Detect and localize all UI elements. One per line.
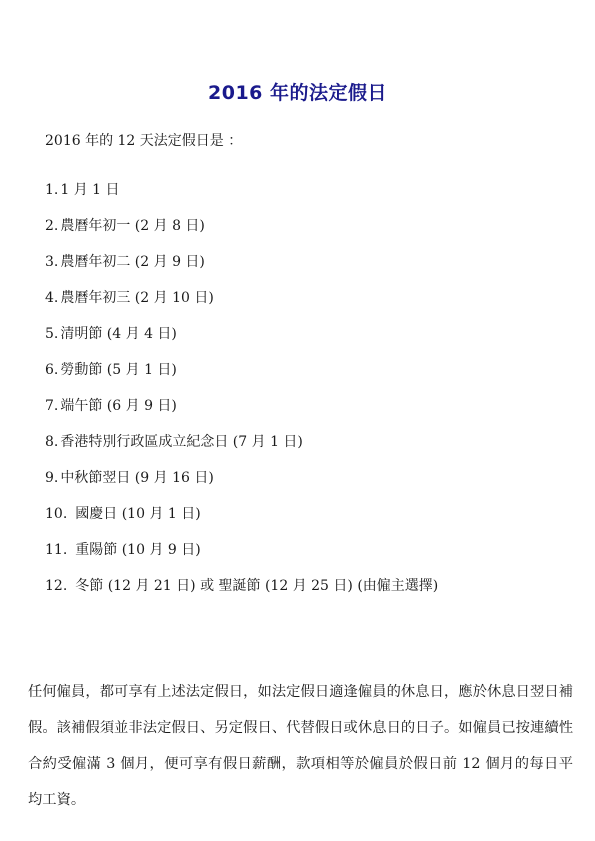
item-number: 4. bbox=[45, 288, 58, 308]
list-item: 11.重陽節 (10 月 9 日) bbox=[45, 540, 438, 576]
list-item: 12.冬節 (12 月 21 日) 或 聖誕節 (12 月 25 日) (由僱主… bbox=[45, 576, 438, 612]
item-number: 11. bbox=[45, 540, 67, 560]
item-number: 2. bbox=[45, 216, 58, 236]
list-item: 8.香港特別行政區成立紀念日 (7 月 1 日) bbox=[45, 432, 438, 468]
holiday-list: 1.1 月 1 日 2.農曆年初一 (2 月 8 日) 3.農曆年初二 (2 月… bbox=[45, 180, 438, 612]
item-number: 10. bbox=[45, 504, 67, 524]
item-text: 端午節 (6 月 9 日) bbox=[60, 398, 177, 414]
item-text: 勞動節 (5 月 1 日) bbox=[60, 362, 177, 378]
item-text: 中秋節翌日 (9 月 16 日) bbox=[60, 470, 213, 486]
page-title: 2016 年的法定假日 bbox=[0, 78, 595, 105]
item-number: 6. bbox=[45, 360, 58, 380]
list-item: 2.農曆年初一 (2 月 8 日) bbox=[45, 216, 438, 252]
item-text: 農曆年初一 (2 月 8 日) bbox=[60, 218, 205, 234]
list-item: 1.1 月 1 日 bbox=[45, 180, 438, 216]
item-text: 冬節 (12 月 21 日) 或 聖誕節 (12 月 25 日) (由僱主選擇) bbox=[75, 578, 438, 594]
intro-text: 2016 年的 12 天法定假日是 ： bbox=[45, 131, 242, 151]
list-item: 3.農曆年初二 (2 月 9 日) bbox=[45, 252, 438, 288]
list-item: 7.端午節 (6 月 9 日) bbox=[45, 396, 438, 432]
item-number: 8. bbox=[45, 432, 58, 452]
item-text: 農曆年初三 (2 月 10 日) bbox=[60, 290, 213, 306]
list-item: 6.勞動節 (5 月 1 日) bbox=[45, 360, 438, 396]
item-text: 國慶日 (10 月 1 日) bbox=[75, 506, 200, 522]
list-item: 5.清明節 (4 月 4 日) bbox=[45, 324, 438, 360]
item-text: 香港特別行政區成立紀念日 (7 月 1 日) bbox=[60, 434, 303, 450]
item-number: 5. bbox=[45, 324, 58, 344]
item-number: 9. bbox=[45, 468, 58, 488]
body-paragraph: 任何僱員，都可享有上述法定假日，如法定假日適逢僱員的休息日，應於休息日翌日補假。… bbox=[28, 674, 573, 818]
list-item: 9.中秋節翌日 (9 月 16 日) bbox=[45, 468, 438, 504]
item-number: 7. bbox=[45, 396, 58, 416]
item-text: 清明節 (4 月 4 日) bbox=[60, 326, 177, 342]
item-number: 3. bbox=[45, 252, 58, 272]
item-number: 1. bbox=[45, 180, 58, 200]
item-text: 農曆年初二 (2 月 9 日) bbox=[60, 254, 205, 270]
list-item: 4.農曆年初三 (2 月 10 日) bbox=[45, 288, 438, 324]
item-number: 12. bbox=[45, 576, 67, 596]
item-text: 1 月 1 日 bbox=[60, 182, 119, 198]
item-text: 重陽節 (10 月 9 日) bbox=[75, 542, 200, 558]
list-item: 10.國慶日 (10 月 1 日) bbox=[45, 504, 438, 540]
